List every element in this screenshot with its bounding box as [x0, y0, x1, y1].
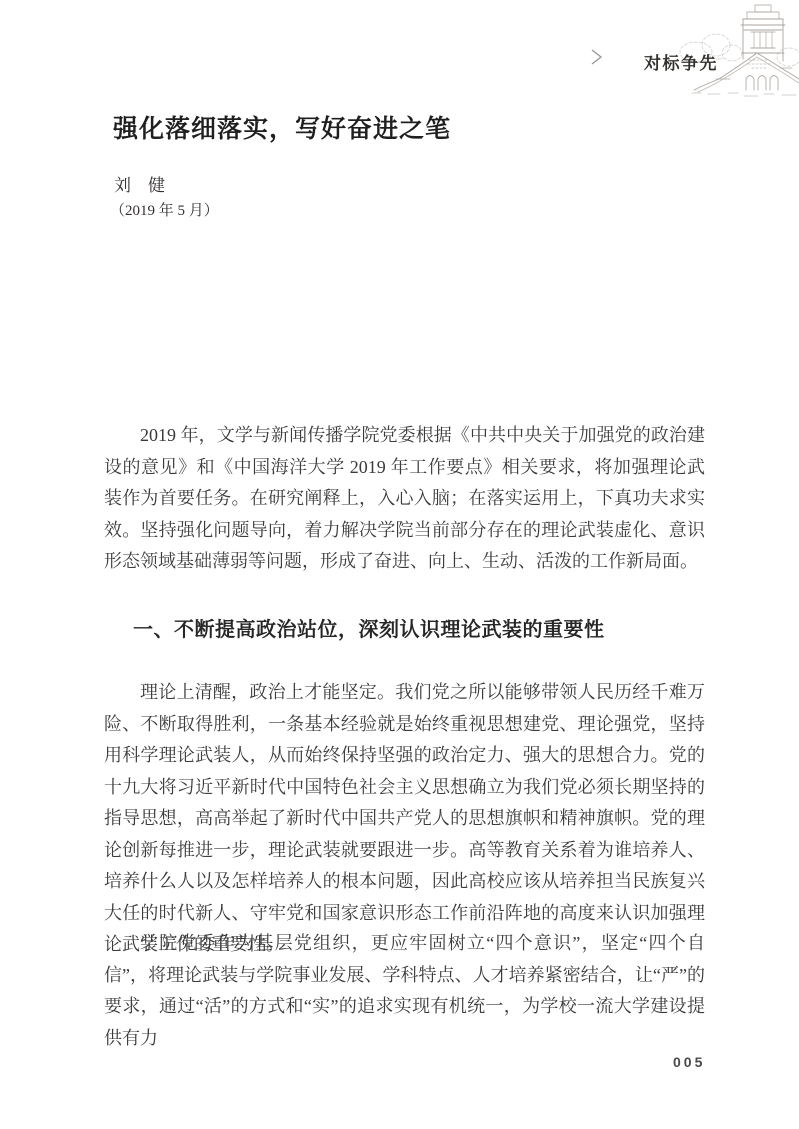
section-heading-1: 一、不断提高政治站位，深刻认识理论武装的重要性	[133, 613, 605, 642]
paragraph-intro: 2019 年，文学与新闻传播学院党委根据《中共中央关于加强党的政治建设的意见》和…	[104, 420, 705, 578]
page-number: 005	[673, 1054, 705, 1070]
paragraph-section1-1: 理论上清醒，政治上才能坚定。我们党之所以能够带领人民历经千难万险、不断取得胜利，…	[104, 677, 705, 961]
paragraph-section1-2: 学院党委作为基层党组织，更应牢固树立“四个意识”，坚定“四个自信”，将理论武装与…	[104, 928, 705, 1054]
chevron-right-icon	[589, 47, 604, 72]
article-date: （2019 年 5 月）	[110, 199, 219, 220]
article-title: 强化落细落实，写好奋进之笔	[113, 109, 451, 145]
article-author: 刘 健	[114, 171, 165, 196]
document-page: 对标争先	[0, 0, 799, 1129]
section-tab-label: 对标争先	[644, 49, 718, 74]
